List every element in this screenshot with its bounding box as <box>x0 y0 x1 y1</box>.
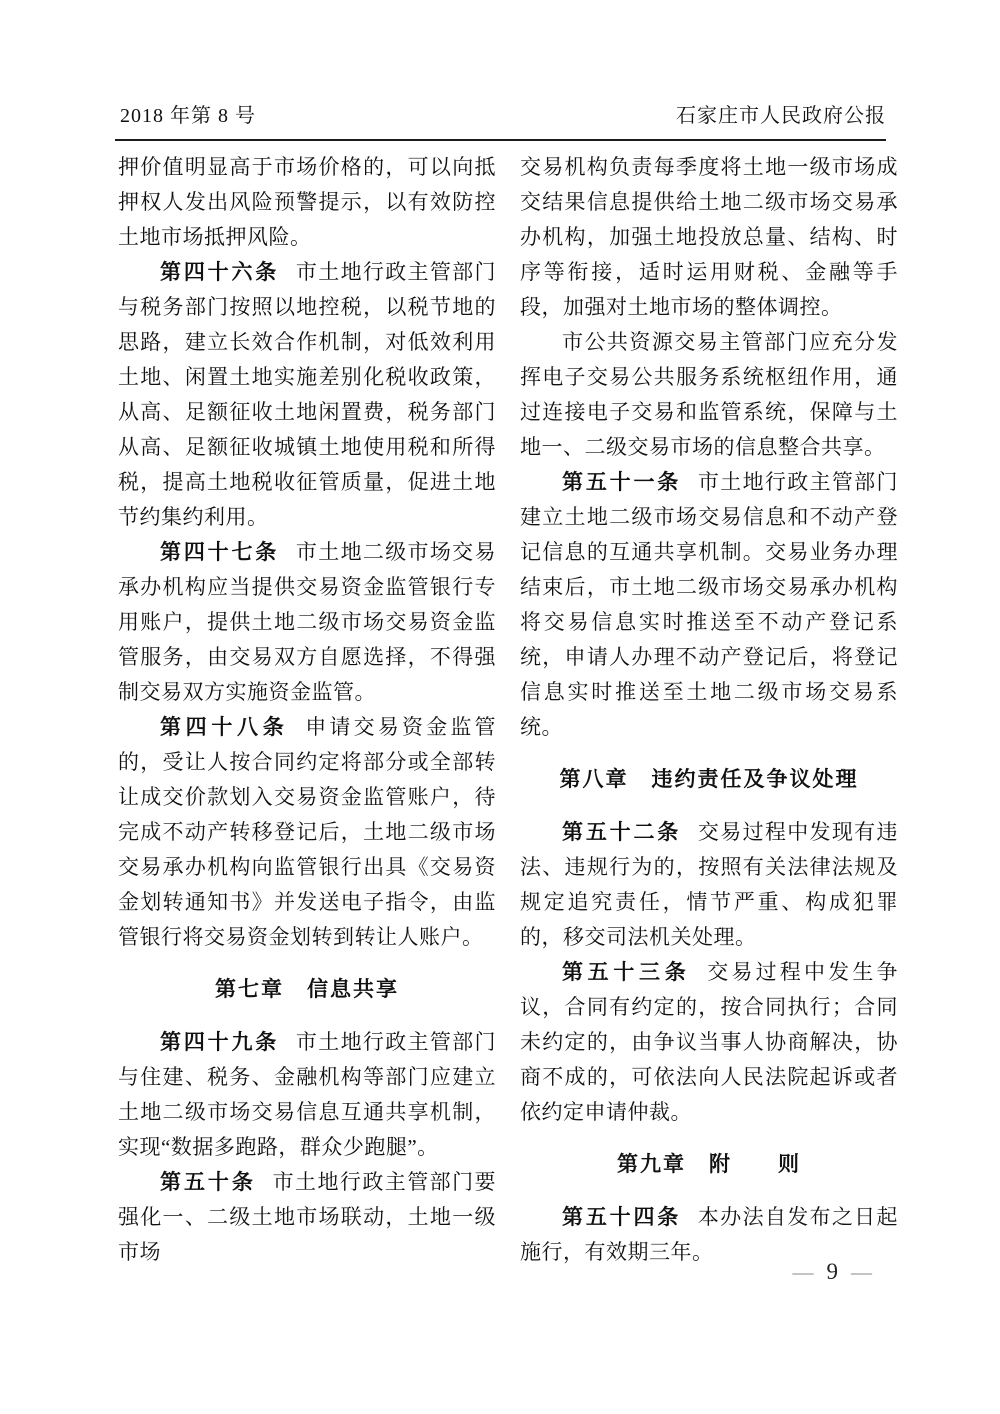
article-paragraph: 第四十七条市土地二级市场交易承办机构应当提供交易资金监管银行专用账户，提供土地二… <box>118 535 496 710</box>
article-number: 第五十四条 <box>562 1206 681 1229</box>
article-number: 第五十一条 <box>562 471 681 494</box>
article-number: 第四十七条 <box>160 541 279 564</box>
article-number: 第五十条 <box>160 1171 256 1194</box>
article-number: 第四十六条 <box>160 261 279 284</box>
gazette-title: 石家庄市人民政府公报 <box>676 103 886 129</box>
article-paragraph: 第五十一条市土地行政主管部门建立土地二级市场交易信息和不动产登记信息的互通共享机… <box>520 465 898 745</box>
page-number-dash-right: — <box>851 1258 872 1286</box>
header-rule <box>115 139 886 141</box>
body-paragraph: 押价值明显高于市场价格的，可以向抵押权人发出风险预警提示，以有效防控土地市场抵押… <box>118 150 496 255</box>
gazette-page: 2018 年第 8 号 石家庄市人民政府公报 押价值明显高于市场价格的，可以向抵… <box>0 0 1000 1414</box>
article-number: 第四十八条 <box>160 716 288 739</box>
page-number: 9 <box>827 1258 839 1286</box>
right-column: 交易机构负责每季度将土地一级市场成交结果信息提供给土地二级市场交易承办机构，加强… <box>520 150 898 1270</box>
chapter-heading: 第七章 信息共享 <box>118 972 496 1007</box>
article-number: 第五十二条 <box>562 821 681 844</box>
chapter-heading: 第八章 违约责任及争议处理 <box>520 762 898 797</box>
document-body: 押价值明显高于市场价格的，可以向抵押权人发出风险预警提示，以有效防控土地市场抵押… <box>118 150 898 1270</box>
article-number: 第四十九条 <box>160 1031 279 1054</box>
article-paragraph: 第四十八条申请交易资金监管的，受让人按合同约定将部分或全部转让成交价款划入交易资… <box>118 710 496 955</box>
article-paragraph: 第五十条市土地行政主管部门要强化一、二级土地市场联动，土地一级市场 <box>118 1165 496 1270</box>
body-paragraph: 交易机构负责每季度将土地一级市场成交结果信息提供给土地二级市场交易承办机构，加强… <box>520 150 898 325</box>
article-paragraph: 第五十三条交易过程中发生争议，合同有约定的，按合同执行；合同未约定的，由争议当事… <box>520 955 898 1130</box>
left-column: 押价值明显高于市场价格的，可以向抵押权人发出风险预警提示，以有效防控土地市场抵押… <box>118 150 496 1270</box>
chapter-heading: 第九章 附 则 <box>520 1147 898 1182</box>
page-number-dash-left: — <box>793 1258 814 1286</box>
page-footer: — 9 — <box>793 1258 873 1286</box>
article-paragraph: 第四十九条市土地行政主管部门与住建、税务、金融机构等部门应建立土地二级市场交易信… <box>118 1025 496 1165</box>
article-paragraph: 第四十六条市土地行政主管部门与税务部门按照以地控税，以税节地的思路，建立长效合作… <box>118 255 496 535</box>
issue-number: 2018 年第 8 号 <box>120 103 256 129</box>
body-paragraph: 市公共资源交易主管部门应充分发挥电子交易公共服务系统枢纽作用，通过连接电子交易和… <box>520 325 898 465</box>
article-number: 第五十三条 <box>562 961 690 984</box>
article-paragraph: 第五十二条交易过程中发现有违法、违规行为的，按照有关法律法规及规定追究责任，情节… <box>520 815 898 955</box>
page-header: 2018 年第 8 号 石家庄市人民政府公报 <box>120 103 886 129</box>
